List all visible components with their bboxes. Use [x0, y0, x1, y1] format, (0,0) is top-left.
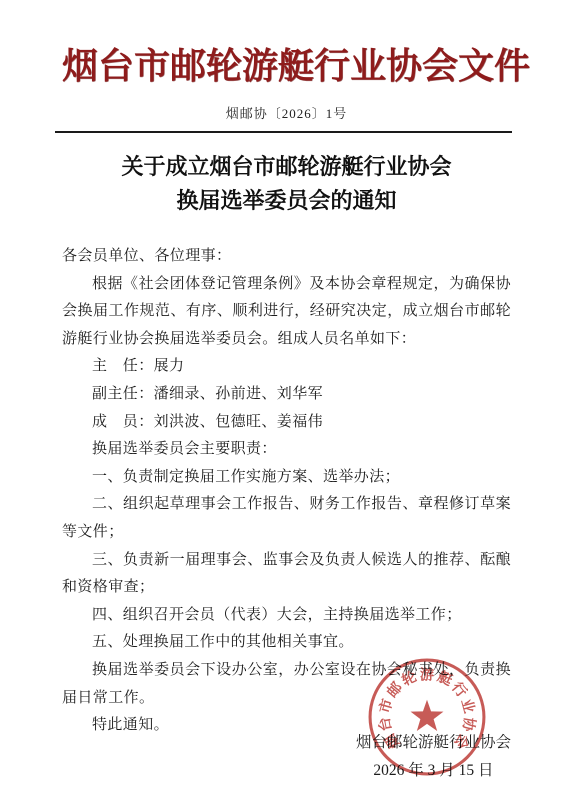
seal-graphic: 烟台市邮轮游艇行业协会 [366, 656, 488, 778]
body-paragraph: 四、组织召开会员（代表）大会，主持换届选举工作； [62, 602, 511, 630]
body-paragraph: 换届选举委员会主要职责： [62, 436, 511, 464]
seal-ring-char: 会 [450, 730, 473, 753]
seal-ring-char: 协 [459, 716, 478, 734]
star-icon [411, 700, 444, 731]
official-seal: 烟台市邮轮游艇行业协会 [366, 656, 488, 778]
document-page: 烟台市邮轮游艇行业协会文件 烟邮协〔2026〕1号 关于成立烟台市邮轮游艇行业协… [0, 0, 573, 801]
seal-ring-char: 业 [458, 697, 478, 716]
body-paragraph: 一、负责制定换届工作实施方案、选举办法； [62, 464, 511, 492]
document-title-line1: 关于成立烟台市邮轮游艇行业协会 [62, 150, 511, 184]
body-paragraph: 二、组织起草理事会工作报告、财务工作报告、章程修订草案等文件； [62, 491, 511, 546]
seal-ring-char: 台 [375, 716, 395, 733]
document-title-line2: 换届选举委员会的通知 [62, 184, 511, 218]
seal-ring-char: 游 [420, 665, 435, 683]
salutation: 各会员单位、各位理事： [62, 243, 511, 271]
body-paragraph: 主 任：展力 [62, 353, 511, 381]
seal-ring-char: 烟 [381, 730, 404, 753]
body-paragraph: 成 员：刘洪波、包德旺、姜福伟 [62, 409, 511, 437]
document-content: 烟台市邮轮游艇行业协会文件 烟邮协〔2026〕1号 关于成立烟台市邮轮游艇行业协… [0, 0, 573, 740]
body-paragraph: 五、处理换届工作中的其他相关事宜。 [62, 629, 511, 657]
seal-ring-char: 市 [375, 697, 396, 715]
body-paragraph: 副主任：潘细录、孙前进、刘华军 [62, 381, 511, 409]
body-paragraph: 三、负责新一届理事会、监事会及负责人候选人的推荐、酝酿和资格审查； [62, 547, 511, 602]
seal-ring-char: 轮 [399, 667, 420, 690]
document-title: 关于成立烟台市邮轮游艇行业协会 换届选举委员会的通知 [62, 150, 511, 218]
body-paragraph: 根据《社会团体登记管理条例》及本协会章程规定，为确保协会换届工作规范、有序、顺利… [62, 271, 511, 354]
doc-number: 烟邮协〔2026〕1号 [62, 103, 511, 122]
letterhead-org-title: 烟台市邮轮游艇行业协会文件 [62, 44, 511, 89]
header-divider-rule [55, 131, 512, 133]
